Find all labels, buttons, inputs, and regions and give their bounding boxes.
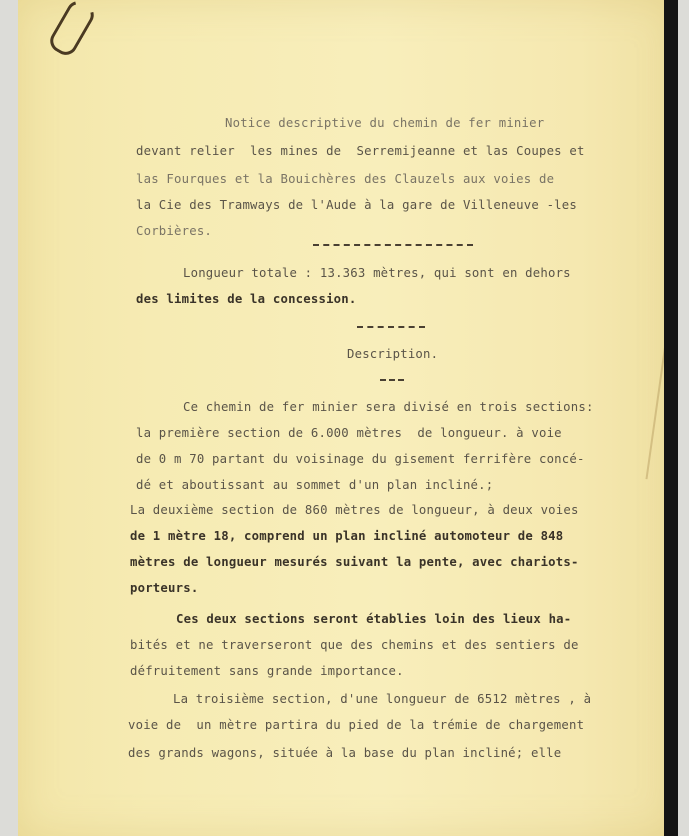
paragraph-2-line-1: La deuxième section de 860 mètres de lon…	[130, 503, 579, 517]
paragraph-1-line-2: la première section de 6.000 mètres de l…	[136, 426, 562, 440]
paragraph-1-line-1: Ce chemin de fer minier sera divisé en t…	[183, 400, 594, 414]
paragraph-1-line-3: de 0 m 70 partant du voisinage du giseme…	[136, 452, 585, 466]
paragraph-1-line-4: dé et aboutissant au sommet d'un plan in…	[136, 478, 493, 492]
title-line-4: la Cie des Tramways de l'Aude à la gare …	[136, 198, 577, 212]
paragraph-3-line-3: défruitement sans grande importance.	[130, 664, 404, 678]
separator-1	[313, 244, 473, 246]
paperclip-icon	[46, 0, 98, 59]
section-heading: Description.	[347, 347, 438, 361]
paragraph-3-line-1: Ces deux sections seront établies loin d…	[176, 612, 571, 626]
paragraph-2-line-2: de 1 mètre 18, comprend un plan incliné …	[130, 529, 563, 543]
page-edge-shadow	[664, 0, 678, 836]
document-page: Notice descriptive du chemin de fer mini…	[18, 0, 678, 836]
title-line-3: las Fourques et la Bouichères des Clauze…	[136, 172, 554, 186]
separator-3	[380, 379, 404, 381]
paragraph-4-line-1: La troisième section, d'une longueur de …	[173, 692, 591, 706]
paragraph-3-line-2: bités et ne traverseront que des chemins…	[130, 638, 579, 652]
title-line-1: Notice descriptive du chemin de fer mini…	[225, 116, 544, 130]
total-length-line-1: Longueur totale : 13.363 mètres, qui son…	[183, 266, 571, 280]
total-length-line-2: des limites de la concession.	[136, 292, 357, 306]
paragraph-4-line-3: des grands wagons, située à la base du p…	[128, 746, 561, 760]
paragraph-4-line-2: voie de un mètre partira du pied de la t…	[128, 718, 584, 732]
title-line-5: Corbières.	[136, 224, 212, 238]
separator-2	[357, 326, 425, 328]
title-line-2: devant relier les mines de Serremijeanne…	[136, 144, 585, 158]
paragraph-2-line-3: mètres de longueur mesurés suivant la pe…	[130, 555, 579, 569]
paragraph-2-line-4: porteurs.	[130, 581, 198, 595]
